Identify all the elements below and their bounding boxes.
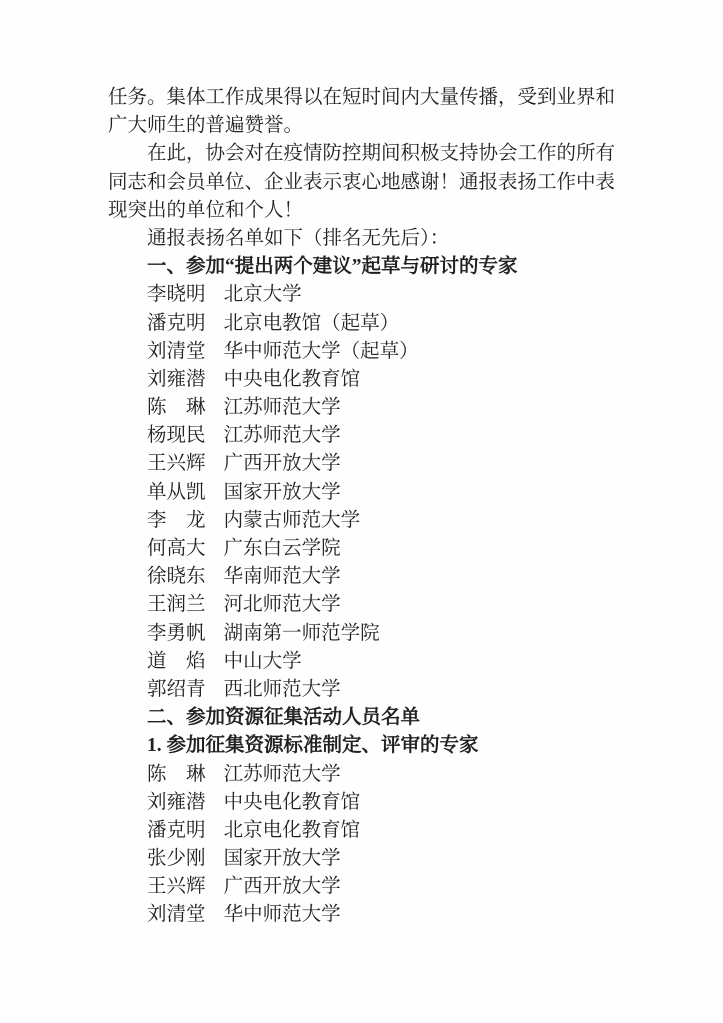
roster-row: 李晓明北京大学	[108, 281, 668, 309]
person-org: 河北师范大学	[224, 594, 341, 615]
person-name: 李勇帆	[147, 620, 206, 648]
person-name: 李 龙	[147, 507, 206, 535]
section-subheading-2-1: 1. 参加征集资源标准制定、评审的专家	[108, 732, 668, 760]
person-name: 李晓明	[147, 281, 206, 309]
roster-row: 李勇帆湖南第一师范学院	[108, 620, 668, 648]
paragraph-line: 广大师生的普遍赞誉。	[108, 112, 668, 140]
section-heading-1: 一、参加“提出两个建议”起草与研讨的专家	[108, 253, 668, 281]
roster-row: 王润兰河北师范大学	[108, 591, 668, 619]
paragraph-line: 任务。集体工作成果得以在短时间内大量传播，受到业界和	[108, 84, 668, 112]
person-name: 潘克明	[147, 310, 206, 338]
person-name: 陈 琳	[147, 394, 206, 422]
person-org: 江苏师范大学	[224, 425, 341, 446]
person-org: 广西开放大学	[224, 453, 341, 474]
person-name: 刘雍潜	[147, 366, 206, 394]
person-org: 国家开放大学	[224, 482, 341, 503]
person-name: 王兴辉	[147, 450, 206, 478]
document-page: 任务。集体工作成果得以在短时间内大量传播，受到业界和 广大师生的普遍赞誉。 在此…	[0, 0, 723, 1023]
roster-row: 刘雍潜中央电化教育馆	[108, 366, 668, 394]
roster-row: 刘清堂华中师范大学	[108, 901, 668, 929]
roster-row: 张少刚国家开放大学	[108, 845, 668, 873]
person-org: 江苏师范大学	[224, 397, 341, 418]
roster-row: 潘克明北京电化教育馆	[108, 817, 668, 845]
person-org: 广西开放大学	[224, 876, 341, 897]
roster-row: 王兴辉广西开放大学	[108, 873, 668, 901]
person-name: 刘清堂	[147, 901, 206, 929]
roster-row: 王兴辉广西开放大学	[108, 450, 668, 478]
person-name: 杨现民	[147, 422, 206, 450]
person-name: 张少刚	[147, 845, 206, 873]
roster-row: 陈 琳江苏师范大学	[108, 761, 668, 789]
paragraph-line: 现突出的单位和个人！	[108, 197, 668, 225]
person-org: 湖南第一师范学院	[224, 623, 380, 644]
person-name: 何高大	[147, 535, 206, 563]
person-org: 内蒙古师范大学	[224, 510, 361, 531]
person-name: 单从凯	[147, 479, 206, 507]
person-name: 潘克明	[147, 817, 206, 845]
person-org: 中央电化教育馆	[224, 369, 361, 390]
roster-row: 徐晓东华南师范大学	[108, 563, 668, 591]
roster-row: 刘雍潜中央电化教育馆	[108, 789, 668, 817]
person-name: 刘雍潜	[147, 789, 206, 817]
paragraph-line: 通报表扬名单如下（排名无先后）：	[108, 225, 668, 253]
roster-row: 陈 琳江苏师范大学	[108, 394, 668, 422]
document-text-block: 任务。集体工作成果得以在短时间内大量传播，受到业界和 广大师生的普遍赞誉。 在此…	[108, 84, 668, 930]
person-name: 徐晓东	[147, 563, 206, 591]
person-org: 北京大学	[224, 284, 302, 305]
roster-row: 郭绍青西北师范大学	[108, 676, 668, 704]
person-name: 王兴辉	[147, 873, 206, 901]
person-org: 西北师范大学	[224, 679, 341, 700]
person-org: 华中师范大学（起草）	[224, 341, 419, 362]
person-org: 华中师范大学	[224, 904, 341, 925]
roster-row: 李 龙内蒙古师范大学	[108, 507, 668, 535]
person-org: 北京电化教育馆	[224, 820, 361, 841]
person-name: 道 焰	[147, 648, 206, 676]
roster-row: 道 焰中山大学	[108, 648, 668, 676]
paragraph-line: 同志和会员单位、企业表示衷心地感谢！通报表扬工作中表	[108, 169, 668, 197]
roster-row: 何高大广东白云学院	[108, 535, 668, 563]
person-org: 华南师范大学	[224, 566, 341, 587]
person-org: 中山大学	[224, 651, 302, 672]
person-org: 江苏师范大学	[224, 764, 341, 785]
person-org: 国家开放大学	[224, 848, 341, 869]
roster-row: 杨现民江苏师范大学	[108, 422, 668, 450]
person-org: 中央电化教育馆	[224, 792, 361, 813]
roster-row: 刘清堂华中师范大学（起草）	[108, 338, 668, 366]
person-name: 王润兰	[147, 591, 206, 619]
paragraph-line: 在此，协会对在疫情防控期间积极支持协会工作的所有	[108, 140, 668, 168]
roster-row: 单从凯国家开放大学	[108, 479, 668, 507]
person-name: 郭绍青	[147, 676, 206, 704]
person-org: 北京电教馆（起草）	[224, 313, 400, 334]
section-heading-2: 二、参加资源征集活动人员名单	[108, 704, 668, 732]
person-name: 刘清堂	[147, 338, 206, 366]
person-org: 广东白云学院	[224, 538, 341, 559]
roster-row: 潘克明北京电教馆（起草）	[108, 310, 668, 338]
person-name: 陈 琳	[147, 761, 206, 789]
